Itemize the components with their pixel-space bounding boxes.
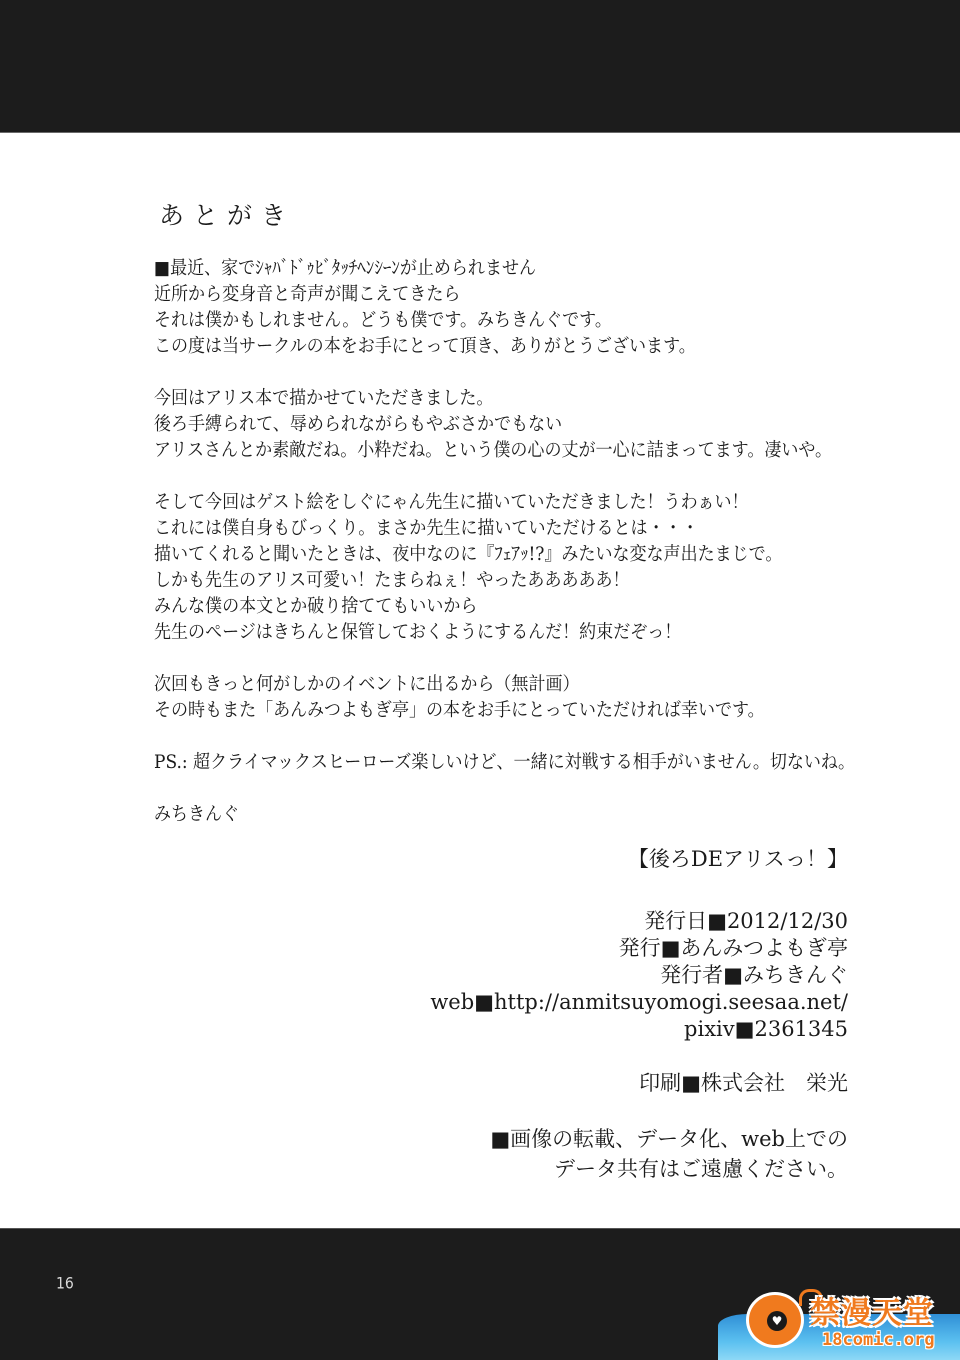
- text-line: 今回はアリス本で描かせていただきました。: [154, 386, 853, 412]
- watermark-title: 禁漫天堂: [810, 1288, 934, 1332]
- publish-date: 発行日■2012/12/30: [430, 908, 848, 935]
- text-line: ■最近、家でｼｬﾊﾞﾄﾞｩﾋﾞﾀｯﾁﾍﾝｼｰﾝが止められません: [154, 256, 853, 282]
- book-title: 【後ろDEアリスっ！】: [430, 846, 848, 873]
- text-line: 描いてくれると聞いたときは、夜中なのに『ﾌｪｱｯ!?』みたいな変な声出たまじで。: [154, 542, 853, 568]
- site-watermark: ♥ 禁漫天堂 18comic.org: [718, 1282, 960, 1360]
- afterword-heading: あとがき: [159, 196, 295, 232]
- text-line: みんな僕の本文とか破り捨ててもいいから: [154, 594, 853, 620]
- copyright-notice-line1: ■画像の転載、データ化、web上での: [430, 1124, 848, 1154]
- text-line: そして今回はゲスト絵をしぐにゃん先生に描いていただきました！うわぁい！: [154, 490, 853, 516]
- text-line: アリスさんとか素敵だね。小粋だね。という僕の心の丈が一心に詰まってます。凄いや。: [154, 438, 853, 464]
- issuer: 発行者■みちきんぐ: [430, 962, 848, 989]
- paragraph-guest: そして今回はゲスト絵をしぐにゃん先生に描いていただきました！うわぁい！ これには…: [154, 490, 853, 646]
- pixiv-id: pixiv■2361345: [430, 1016, 848, 1043]
- paragraph-next-event: 次回もきっと何がしかのイベントに出るから（無計画） その時もまた「あんみつよもぎ…: [154, 672, 853, 724]
- text-line: PS.: 超クライマックスヒーローズ楽しいけど、一緒に対戦する相手がいません。切…: [154, 750, 853, 776]
- copyright-notice-line2: データ共有はご遠慮ください。: [430, 1154, 848, 1184]
- text-line: この度は当サークルの本をお手にとって頂き、ありがとうございます。: [154, 334, 853, 360]
- publisher: 発行■あんみつよもぎ亭: [430, 935, 848, 962]
- text-line: しかも先生のアリス可愛い！たまらねぇ！やったあああああ！: [154, 568, 853, 594]
- signature: みちきんぐ: [154, 802, 853, 828]
- printer: 印刷■株式会社 栄光: [430, 1070, 848, 1097]
- text-line: それは僕かもしれません。どうも僕です。みちきんぐです。: [154, 308, 853, 334]
- top-scan-border: [0, 0, 960, 133]
- colophon: 【後ろDEアリスっ！】 発行日■2012/12/30 発行■あんみつよもぎ亭 発…: [430, 846, 848, 1184]
- text-line: 後ろ手縛られて、辱められながらもやぶさかでもない: [154, 412, 853, 438]
- page-number: 16: [56, 1275, 74, 1293]
- text-line: 次回もきっと何がしかのイベントに出るから（無計画）: [154, 672, 853, 698]
- paragraph-intro: ■最近、家でｼｬﾊﾞﾄﾞｩﾋﾞﾀｯﾁﾍﾝｼｰﾝが止められません 近所から変身音と…: [154, 256, 853, 360]
- text-line: 先生のページはきちんと保管しておくようにするんだ！約束だぞっ！: [154, 620, 853, 646]
- text-line: これには僕自身もびっくり。まさか先生に描いていただけるとは・・・: [154, 516, 853, 542]
- watermark-url: 18comic.org: [822, 1330, 935, 1350]
- spacer: [430, 1043, 848, 1070]
- paragraph-ps: PS.: 超クライマックスヒーローズ楽しいけど、一緒に対戦する相手がいません。切…: [154, 750, 853, 776]
- text-line: 近所から変身音と奇声が聞こえてきたら: [154, 282, 853, 308]
- text-line: その時もまた「あんみつよもぎ亭」の本をお手にとっていただければ幸いです。: [154, 698, 853, 724]
- afterword-body: ■最近、家でｼｬﾊﾞﾄﾞｩﾋﾞﾀｯﾁﾍﾝｼｰﾝが止められません 近所から変身音と…: [154, 256, 853, 854]
- heart-eye-icon: ♥: [767, 1311, 787, 1331]
- spacer: [430, 1097, 848, 1124]
- author-signature: みちきんぐ: [154, 802, 853, 828]
- website: web■http://anmitsuyomogi.seesaa.net/: [430, 989, 848, 1016]
- paragraph-theme: 今回はアリス本で描かせていただきました。 後ろ手縛られて、辱められながらもやぶさ…: [154, 386, 853, 464]
- whale-mascot-icon: ♥: [746, 1292, 804, 1348]
